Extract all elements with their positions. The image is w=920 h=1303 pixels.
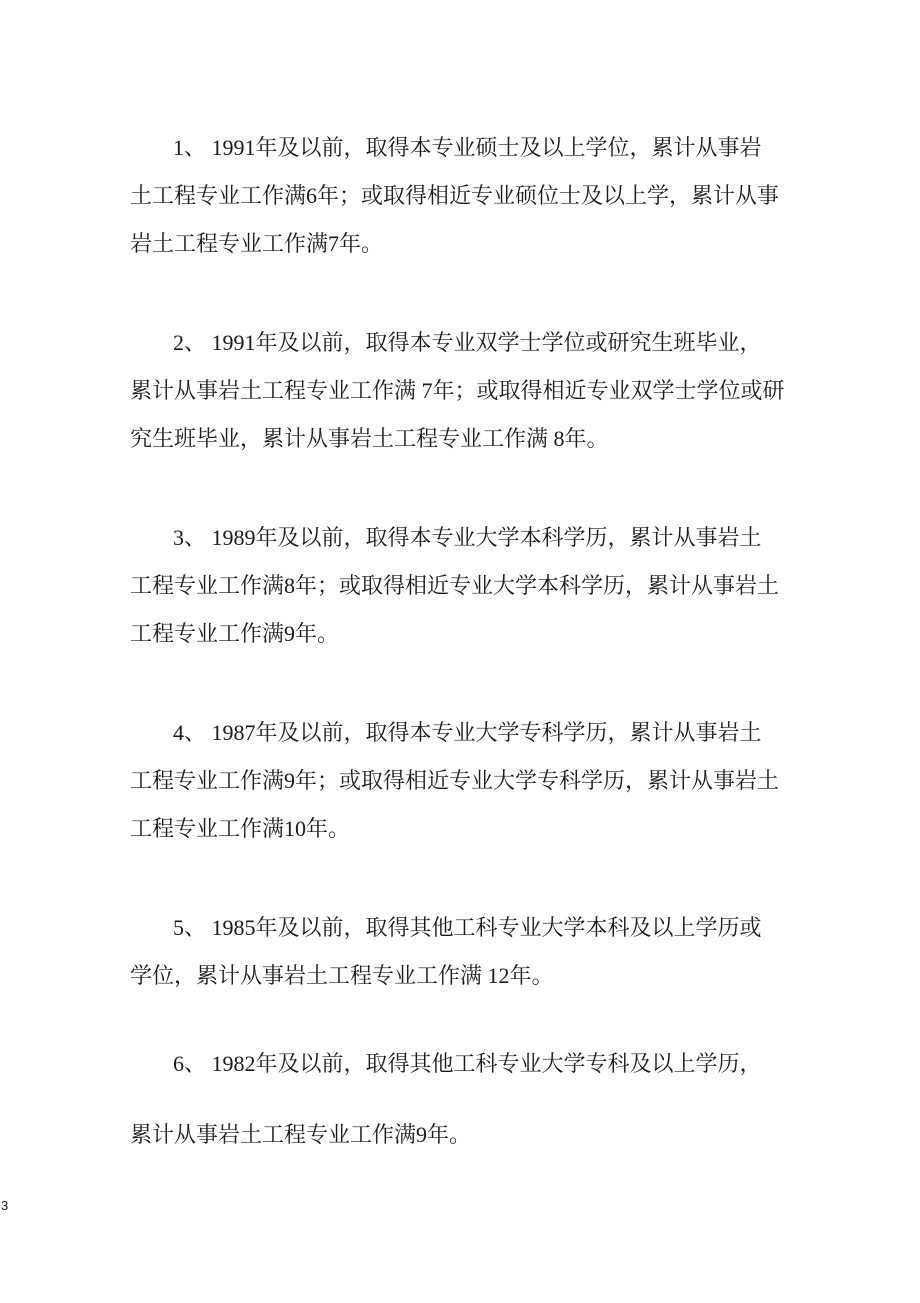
paragraph-line: 4、 1987年及以前，取得本专业大学专科学历，累计从事岩土 xyxy=(130,709,802,757)
paragraph-6: 6、 1982年及以前，取得其他工科专业大学专科及以上学历， 累计从事岩土工程专… xyxy=(130,1040,802,1159)
paragraph-line: 累计从事岩土工程专业工作满 7年；或取得相近专业双学士学位或研 xyxy=(130,367,802,415)
paragraph-line: 1、 1991年及以前，取得本专业硕士及以上学位，累计从事岩 xyxy=(130,124,802,172)
document-body: 1、 1991年及以前，取得本专业硕士及以上学位，累计从事岩 土工程专业工作满6… xyxy=(130,124,802,1159)
paragraph-line: 工程专业工作满10年。 xyxy=(130,805,802,853)
paragraph-line: 2、 1991年及以前，取得本专业双学士学位或研究生班毕业， xyxy=(130,319,802,367)
paragraph-4: 4、 1987年及以前，取得本专业大学专科学历，累计从事岩土 工程专业工作满9年… xyxy=(130,709,802,853)
document-page: 1、 1991年及以前，取得本专业硕士及以上学位，累计从事岩 土工程专业工作满6… xyxy=(0,0,920,1303)
paragraph-line: 3、 1989年及以前，取得本专业大学本科学历，累计从事岩土 xyxy=(130,514,802,562)
paragraph-1: 1、 1991年及以前，取得本专业硕士及以上学位，累计从事岩 土工程专业工作满6… xyxy=(130,124,802,268)
paragraph-2: 2、 1991年及以前，取得本专业双学士学位或研究生班毕业， 累计从事岩土工程专… xyxy=(130,319,802,463)
paragraph-3: 3、 1989年及以前，取得本专业大学本科学历，累计从事岩土 工程专业工作满8年… xyxy=(130,514,802,658)
paragraph-5: 5、 1985年及以前，取得其他工科专业大学本科及以上学历或 学位，累计从事岩土… xyxy=(130,904,802,1000)
paragraph-line: 岩土工程专业工作满7年。 xyxy=(130,220,802,268)
paragraph-line: 累计从事岩土工程专业工作满9年。 xyxy=(130,1111,802,1159)
paragraph-line: 工程专业工作满9年。 xyxy=(130,610,802,658)
paragraph-line: 土工程专业工作满6年；或取得相近专业硕位士及以上学，累计从事 xyxy=(130,172,802,220)
paragraph-line: 究生班毕业，累计从事岩土工程专业工作满 8年。 xyxy=(130,415,802,463)
paragraph-line: 6、 1982年及以前，取得其他工科专业大学专科及以上学历， xyxy=(130,1040,802,1088)
paragraph-line: 学位，累计从事岩土工程专业工作满 12年。 xyxy=(130,952,802,1000)
paragraph-line: 工程专业工作满9年；或取得相近专业大学专科学历，累计从事岩土 xyxy=(130,757,802,805)
paragraph-line: 5、 1985年及以前，取得其他工科专业大学本科及以上学历或 xyxy=(130,904,802,952)
paragraph-line: 工程专业工作满8年；或取得相近专业大学本科学历，累计从事岩土 xyxy=(130,562,802,610)
page-number: 3 xyxy=(1,1198,8,1214)
